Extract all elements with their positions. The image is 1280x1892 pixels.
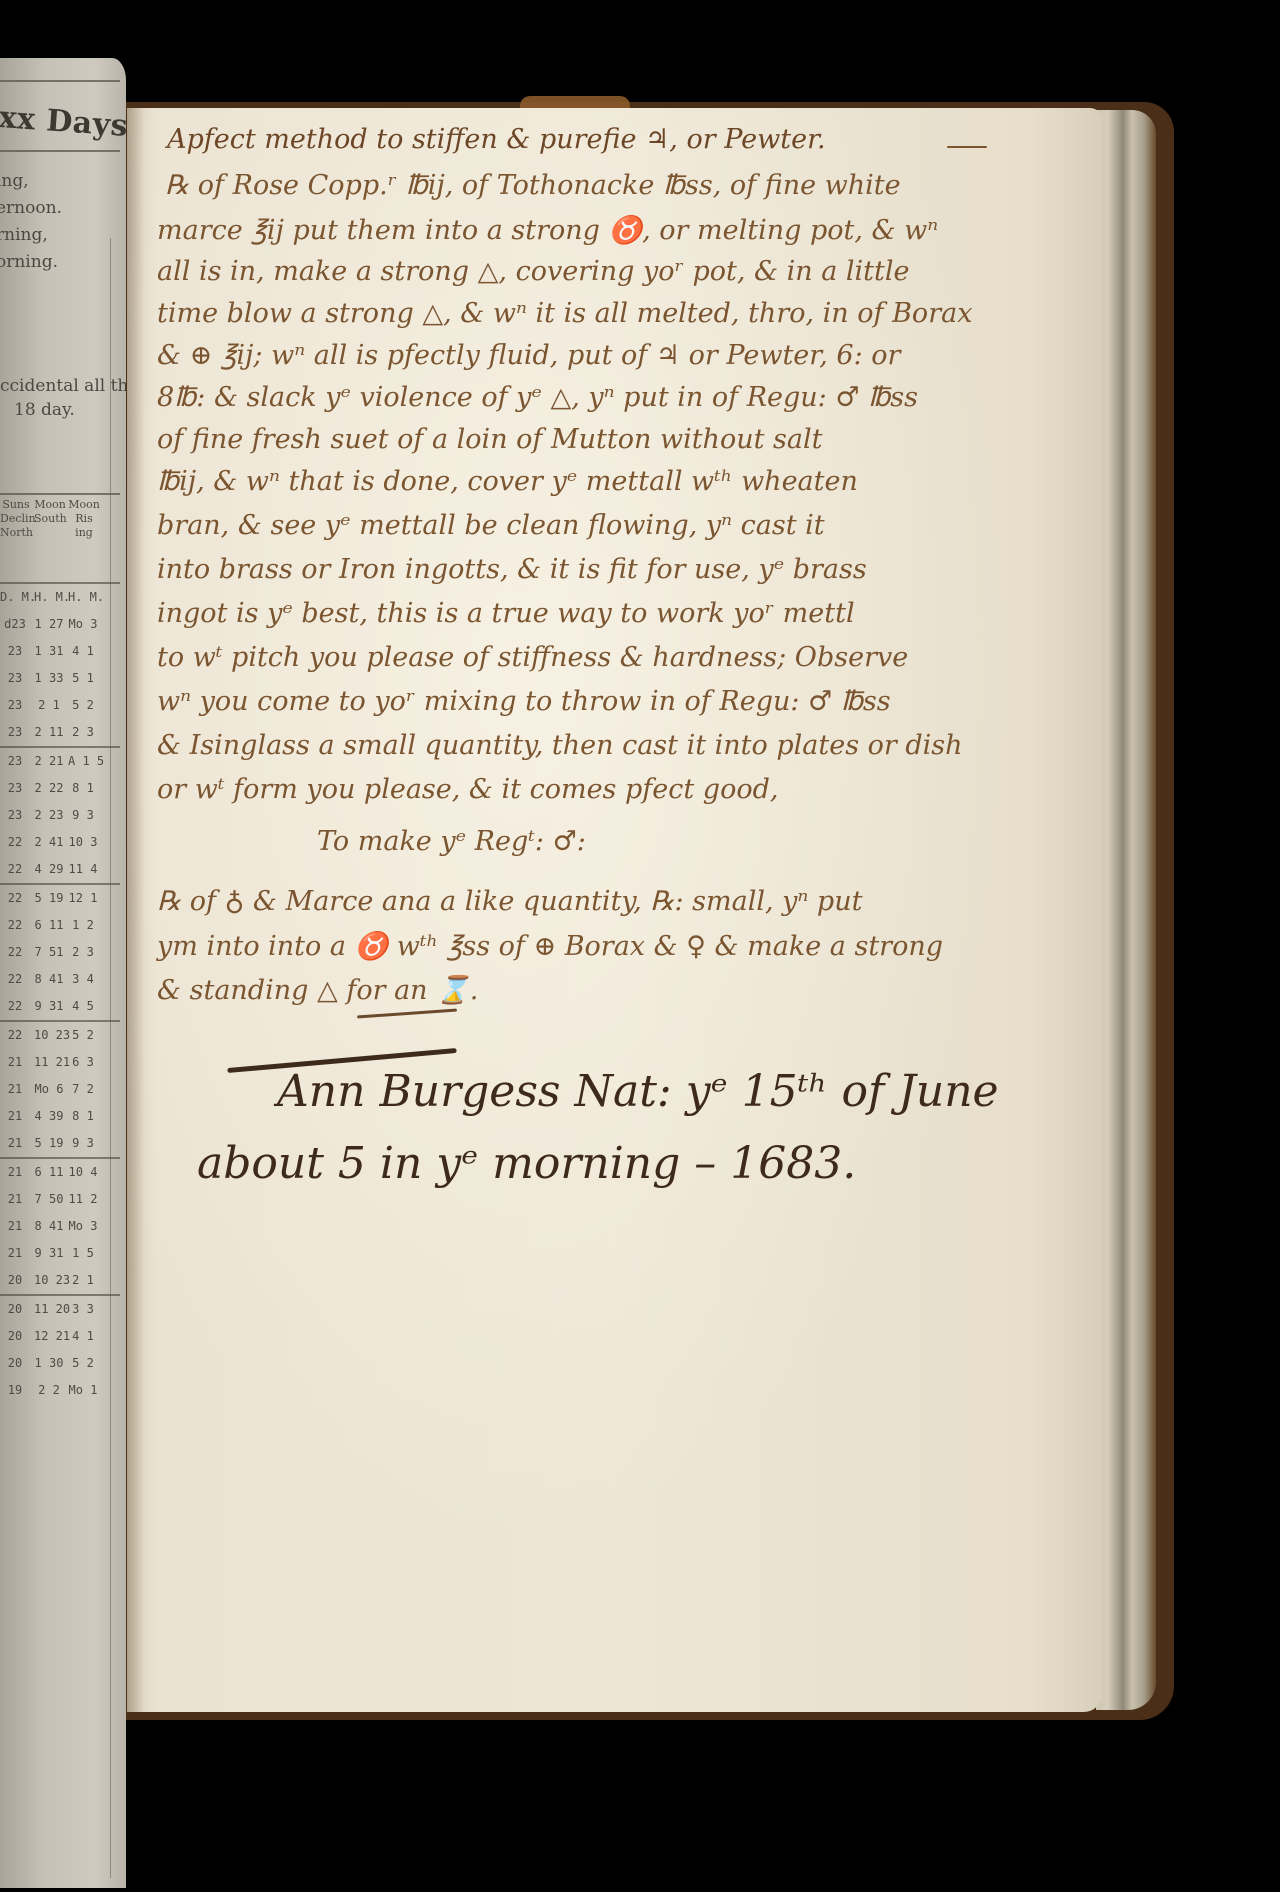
table-cell: 9 3 — [68, 1130, 98, 1157]
table-row: 2111 216 3 — [0, 1049, 120, 1076]
recipe-line: 8℔: & slack yᵉ violence of yᵉ △, yⁿ put … — [157, 382, 918, 413]
table-cell: 1 27 — [34, 611, 64, 638]
table-cell: 11 2 — [68, 1186, 98, 1213]
table-cell: 7 51 — [34, 939, 64, 966]
table-cell: 4 5 — [68, 993, 98, 1020]
table-cell: 20 — [0, 1323, 30, 1350]
table-cell: 4 29 — [34, 856, 64, 883]
table-cell: 23 — [0, 802, 30, 829]
table-cell: 22 — [0, 885, 30, 912]
table-row: 2010 232 1 — [0, 1267, 120, 1294]
almanac-note-line: 18 day. — [0, 398, 126, 422]
unit-cell: H. M. — [68, 584, 98, 611]
table-row: 201 305 2 — [0, 1350, 120, 1377]
title-dash — [947, 146, 987, 148]
recipe-line: & standing △ for an ⌛. — [157, 974, 478, 1006]
table-cell: 23 — [0, 665, 30, 692]
table-cell: 2 41 — [34, 829, 64, 856]
table-cell: 8 1 — [68, 775, 98, 802]
table-row: 216 1110 4 — [0, 1157, 120, 1186]
table-cell: 1 31 — [34, 638, 64, 665]
table-row: 217 5011 2 — [0, 1186, 120, 1213]
table-cell: 8 41 — [34, 966, 64, 993]
page-fore-edge — [1096, 110, 1156, 1710]
table-cell: 12 1 — [68, 885, 98, 912]
table-cell: 6 3 — [68, 1049, 98, 1076]
table-cell: 6 11 — [34, 1159, 64, 1186]
table-cell: d23 — [0, 611, 30, 638]
table-cell: 20 — [0, 1296, 30, 1323]
almanac-text-lines: ing, ernoon. rning, orning. — [0, 168, 62, 276]
table-cell: 4 1 — [68, 638, 98, 665]
recipe-end-underline — [357, 1009, 457, 1019]
table-cell: 9 3 — [68, 802, 98, 829]
table-cell: 20 — [0, 1350, 30, 1377]
table-cell: 5 2 — [68, 1350, 98, 1377]
table-cell: 5 2 — [68, 692, 98, 719]
table-cell: 22 — [0, 912, 30, 939]
table-cell: 2 22 — [34, 775, 64, 802]
table-cell: 11 21 — [34, 1049, 64, 1076]
table-row: 232 228 1 — [0, 775, 120, 802]
table-cell: 5 1 — [68, 665, 98, 692]
right-page-manuscript: Apfect method to stiffen & purefie ♃, or… — [127, 108, 1102, 1712]
recipe-line: to wᵗ pitch you please of stiffness & ha… — [157, 642, 908, 673]
table-cell: 3 3 — [68, 1296, 98, 1323]
table-cell: 2 1 — [68, 1267, 98, 1294]
almanac-line: orning. — [0, 249, 62, 276]
table-cell: 23 — [0, 748, 30, 775]
table-cell: 4 1 — [68, 1323, 98, 1350]
table-cell: 21 — [0, 1186, 30, 1213]
table-cell: 21 — [0, 1213, 30, 1240]
table-row: 215 199 3 — [0, 1130, 120, 1157]
table-row: 21Mo 67 2 — [0, 1076, 120, 1103]
almanac-heading: xx Days. — [0, 100, 126, 145]
unit-cell: H. M. — [34, 584, 64, 611]
gutter-shadow — [127, 108, 145, 1712]
table-cell: 22 — [0, 1022, 30, 1049]
table-row: 226 111 2 — [0, 912, 120, 939]
recipe-line: ℔ij, & wⁿ that is done, cover yᵉ mettall… — [157, 466, 858, 497]
table-units-row: D. M. H. M. H. M. — [0, 582, 120, 611]
table-cell: Mo 6 — [34, 1076, 64, 1103]
table-row: 231 335 1 — [0, 665, 120, 692]
table-row: 232 21A 1 5 — [0, 746, 120, 775]
table-cell: 2 11 — [34, 719, 64, 746]
table-cell: 11 4 — [68, 856, 98, 883]
header-rule-bottom — [0, 150, 120, 152]
recipe-line: ym into into a ♉ wᵗʰ ℥ss of ⊕ Borax & ♀ … — [157, 930, 943, 962]
table-cell: 21 — [0, 1076, 30, 1103]
table-cell: 1 5 — [68, 1240, 98, 1267]
recipe-line: bran, & see yᵉ mettall be clean flowing,… — [157, 510, 825, 541]
table-cell: 22 — [0, 829, 30, 856]
table-row: 2011 203 3 — [0, 1294, 120, 1323]
recipe-line: ℞ of Rose Copp.ʳ ℔ij, of Tothonacke ℔ss,… — [165, 170, 901, 201]
table-cell: 19 — [0, 1377, 30, 1404]
unit-cell: D. M. — [0, 584, 30, 611]
table-cell: 10 23 — [34, 1267, 64, 1294]
table-cell: 11 20 — [34, 1296, 64, 1323]
table-cell: 1 2 — [68, 912, 98, 939]
table-cell: 6 11 — [34, 912, 64, 939]
birth-note-line-1: Ann Burgess Nat: yᵉ 15ᵗʰ of June — [277, 1066, 999, 1117]
table-cell: 5 2 — [68, 1022, 98, 1049]
table-cell: 21 — [0, 1049, 30, 1076]
table-row: 214 398 1 — [0, 1103, 120, 1130]
table-rule-top — [0, 493, 120, 495]
almanac-note-line: ccidental all this — [0, 374, 126, 398]
table-row: 218 41Mo 3 — [0, 1213, 120, 1240]
table-cell: 2 3 — [68, 939, 98, 966]
table-row: 224 2911 4 — [0, 856, 120, 883]
almanac-line: rning, — [0, 222, 62, 249]
table-row: 222 4110 3 — [0, 829, 120, 856]
table-row: 225 1912 1 — [0, 883, 120, 912]
table-cell: 1 30 — [34, 1350, 64, 1377]
almanac-table-header: Suns Declin North Moon South Moon Ris in… — [0, 498, 120, 582]
table-cell: 22 — [0, 939, 30, 966]
table-cell: 5 19 — [34, 885, 64, 912]
column-header: Moon Ris ing — [68, 498, 100, 540]
table-row: 231 314 1 — [0, 638, 120, 665]
recipe-2-heading: To make yᵉ Regᵗ: ♂: — [317, 826, 586, 857]
table-row: d231 27Mo 3 — [0, 611, 120, 638]
table-cell: 23 — [0, 775, 30, 802]
table-cell: 22 — [0, 993, 30, 1020]
table-cell: 23 — [0, 719, 30, 746]
table-cell: 1 33 — [34, 665, 64, 692]
birth-note-line-2: about 5 in yᵉ morning – 1683. — [197, 1138, 856, 1189]
recipe-line: ingot is yᵉ best, this is a true way to … — [157, 598, 855, 629]
table-cell: Mo 1 — [68, 1377, 98, 1404]
table-cell: 7 2 — [68, 1076, 98, 1103]
recipe-line: marce ℥ij put them into a strong ♉, or m… — [157, 214, 938, 246]
almanac-table: Suns Declin North Moon South Moon Ris in… — [0, 498, 120, 1404]
table-cell: 9 31 — [34, 1240, 64, 1267]
recipe-line: & Isinglass a small quantity, then cast … — [157, 730, 963, 761]
table-row: 229 314 5 — [0, 993, 120, 1020]
table-cell: Mo 3 — [68, 611, 98, 638]
table-row: 232 112 3 — [0, 719, 120, 746]
almanac-table-body: d231 27Mo 3231 314 1231 335 1232 15 2232… — [0, 611, 120, 1404]
table-cell: 8 41 — [34, 1213, 64, 1240]
table-cell: 4 39 — [34, 1103, 64, 1130]
table-cell: 5 19 — [34, 1130, 64, 1157]
recipe-line: time blow a strong △, & wⁿ it is all mel… — [157, 298, 972, 329]
table-cell: A 1 5 — [68, 748, 98, 775]
almanac-line: ing, — [0, 168, 62, 195]
table-cell: 2 23 — [34, 802, 64, 829]
recipe-line: into brass or Iron ingotts, & it is fit … — [157, 554, 867, 585]
table-cell: 2 2 — [34, 1377, 64, 1404]
recipe-line: all is in, make a strong △, covering yoʳ… — [157, 256, 909, 287]
almanac-note: ccidental all this 18 day. — [0, 374, 126, 422]
table-row: 2012 214 1 — [0, 1323, 120, 1350]
table-cell: 10 4 — [68, 1159, 98, 1186]
table-row: 2210 235 2 — [0, 1020, 120, 1049]
column-header: Suns Declin North — [0, 498, 32, 540]
recipe-title: Apfect method to stiffen & purefie ♃, or… — [167, 124, 826, 155]
table-cell: 10 23 — [34, 1022, 64, 1049]
table-cell: 10 3 — [68, 829, 98, 856]
table-row: 227 512 3 — [0, 939, 120, 966]
table-cell: 23 — [0, 638, 30, 665]
table-cell: 21 — [0, 1130, 30, 1157]
table-row: 232 15 2 — [0, 692, 120, 719]
table-cell: 21 — [0, 1103, 30, 1130]
recipe-line: ℞ of ♁ & Marce ana a like quantity, ℞: s… — [157, 886, 862, 917]
table-cell: Mo 3 — [68, 1213, 98, 1240]
header-rule-top — [0, 80, 120, 82]
recipe-line: of fine fresh suet of a loin of Mutton w… — [157, 424, 822, 455]
table-cell: 23 — [0, 692, 30, 719]
table-row: 228 413 4 — [0, 966, 120, 993]
recipe-line: or wᵗ form you please, & it comes pfect … — [157, 774, 778, 805]
table-cell: 2 1 — [34, 692, 64, 719]
almanac-line: ernoon. — [0, 195, 62, 222]
table-cell: 9 31 — [34, 993, 64, 1020]
table-cell: 7 50 — [34, 1186, 64, 1213]
recipe-line: & ⊕ ℥ij; wⁿ all is pfectly fluid, put of… — [157, 340, 900, 371]
table-cell: 8 1 — [68, 1103, 98, 1130]
left-page-almanac: xx Days. ing, ernoon. rning, orning. cci… — [0, 58, 126, 1888]
table-cell: 21 — [0, 1240, 30, 1267]
table-cell: 20 — [0, 1267, 30, 1294]
table-cell: 3 4 — [68, 966, 98, 993]
table-row: 219 311 5 — [0, 1240, 120, 1267]
table-cell: 22 — [0, 856, 30, 883]
column-header: Moon South — [34, 498, 66, 526]
table-row: 232 239 3 — [0, 802, 120, 829]
table-row: 192 2Mo 1 — [0, 1377, 120, 1404]
table-cell: 21 — [0, 1159, 30, 1186]
recipe-line: wⁿ you come to yoʳ mixing to throw in of… — [157, 686, 891, 717]
table-cell: 22 — [0, 966, 30, 993]
table-cell: 2 3 — [68, 719, 98, 746]
table-cell: 2 21 — [34, 748, 64, 775]
table-cell: 12 21 — [34, 1323, 64, 1350]
